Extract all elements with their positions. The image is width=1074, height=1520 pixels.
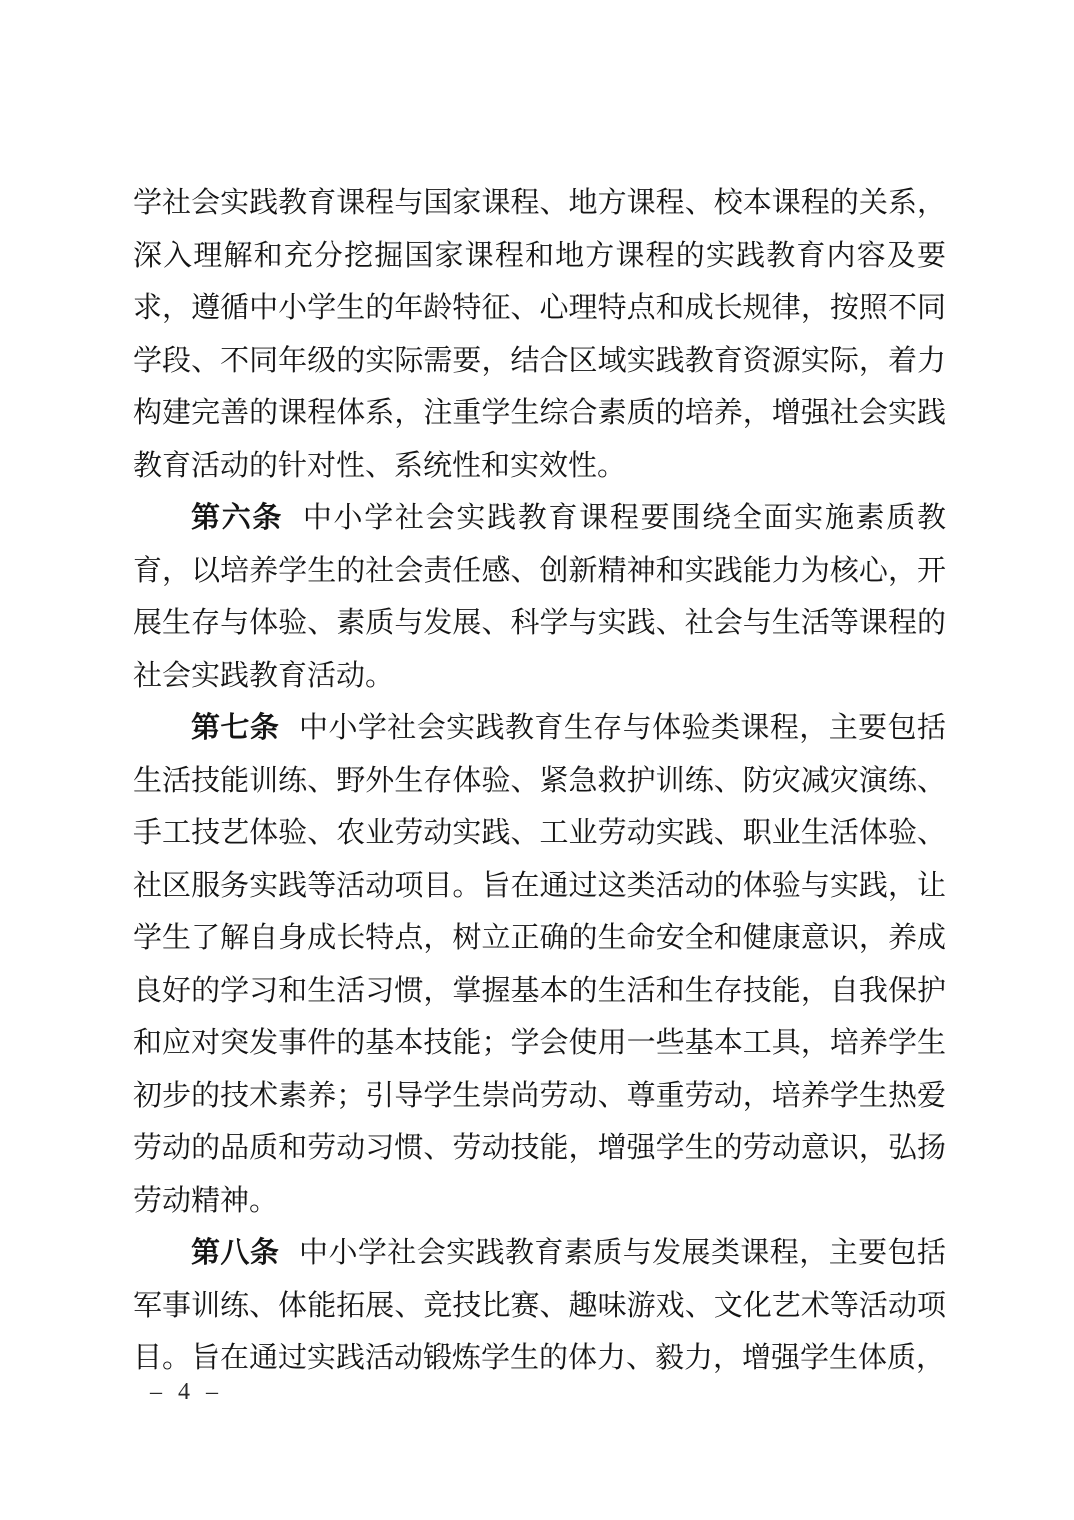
article-6-label: 第六条	[191, 502, 283, 534]
paragraph-text: 学社会实践教育课程与国家课程、地方课程、校本课程的关系，深入理解和充分挖掘国家课…	[133, 187, 946, 482]
document-page: 学社会实践教育课程与国家课程、地方课程、校本课程的关系，深入理解和充分挖掘国家课…	[0, 0, 1074, 1520]
article-8-label: 第八条	[191, 1237, 279, 1269]
paragraph-article-7: 第七条中小学社会实践教育生存与体验类课程，主要包括生活技能训练、野外生存体验、紧…	[133, 702, 946, 1227]
document-body: 学社会实践教育课程与国家课程、地方课程、校本课程的关系，深入理解和充分挖掘国家课…	[133, 177, 946, 1385]
paragraph-continuation: 学社会实践教育课程与国家课程、地方课程、校本课程的关系，深入理解和充分挖掘国家课…	[133, 177, 946, 492]
article-7-label: 第七条	[191, 712, 279, 744]
paragraph-article-8: 第八条中小学社会实践教育素质与发展类课程，主要包括军事训练、体能拓展、竞技比赛、…	[133, 1227, 946, 1385]
paragraph-article-6: 第六条中小学社会实践教育课程要围绕全面实施素质教育，以培养学生的社会责任感、创新…	[133, 492, 946, 702]
page-number: – 4 –	[150, 1379, 223, 1406]
paragraph-text: 中小学社会实践教育生存与体验类课程，主要包括生活技能训练、野外生存体验、紧急救护…	[133, 712, 946, 1217]
